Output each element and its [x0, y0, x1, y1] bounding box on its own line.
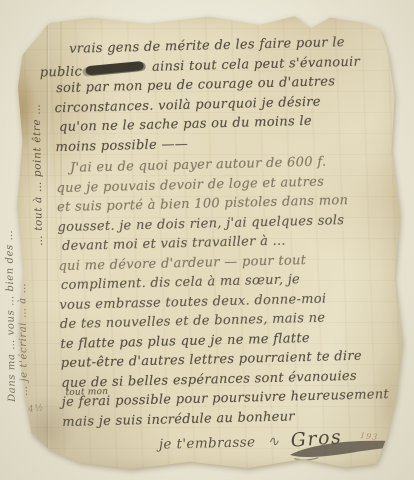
margin-note-line: … je t'écrirai … à … [17, 283, 30, 396]
insertion-anchor: je feraitout mon [62, 394, 111, 410]
margin-note-line: … tout à … point être … [31, 104, 45, 246]
letter-paper-wrap: vrais gens de mérite de les faire pour l… [14, 14, 404, 470]
letter-paper: vrais gens de mérite de les faire pour l… [14, 14, 404, 470]
closing-salutation: je t'embrasse [159, 434, 256, 452]
scanned-letter-view: vrais gens de mérite de les faire pour l… [0, 0, 414, 480]
pen-squiggle-icon: ∿ [267, 434, 279, 450]
letter-line-text: ainsi tout cela peut s'évanouir [152, 54, 360, 74]
fold-crease [46, 14, 50, 470]
pencil-mark-number: 193 [360, 431, 379, 442]
interlinear-insertion: tout mon [65, 383, 108, 404]
ink-blot-strikethrough [86, 60, 145, 74]
signature: Gros [290, 426, 343, 452]
letter-body: vrais gens de mérite de les faire pour l… [53, 32, 397, 458]
